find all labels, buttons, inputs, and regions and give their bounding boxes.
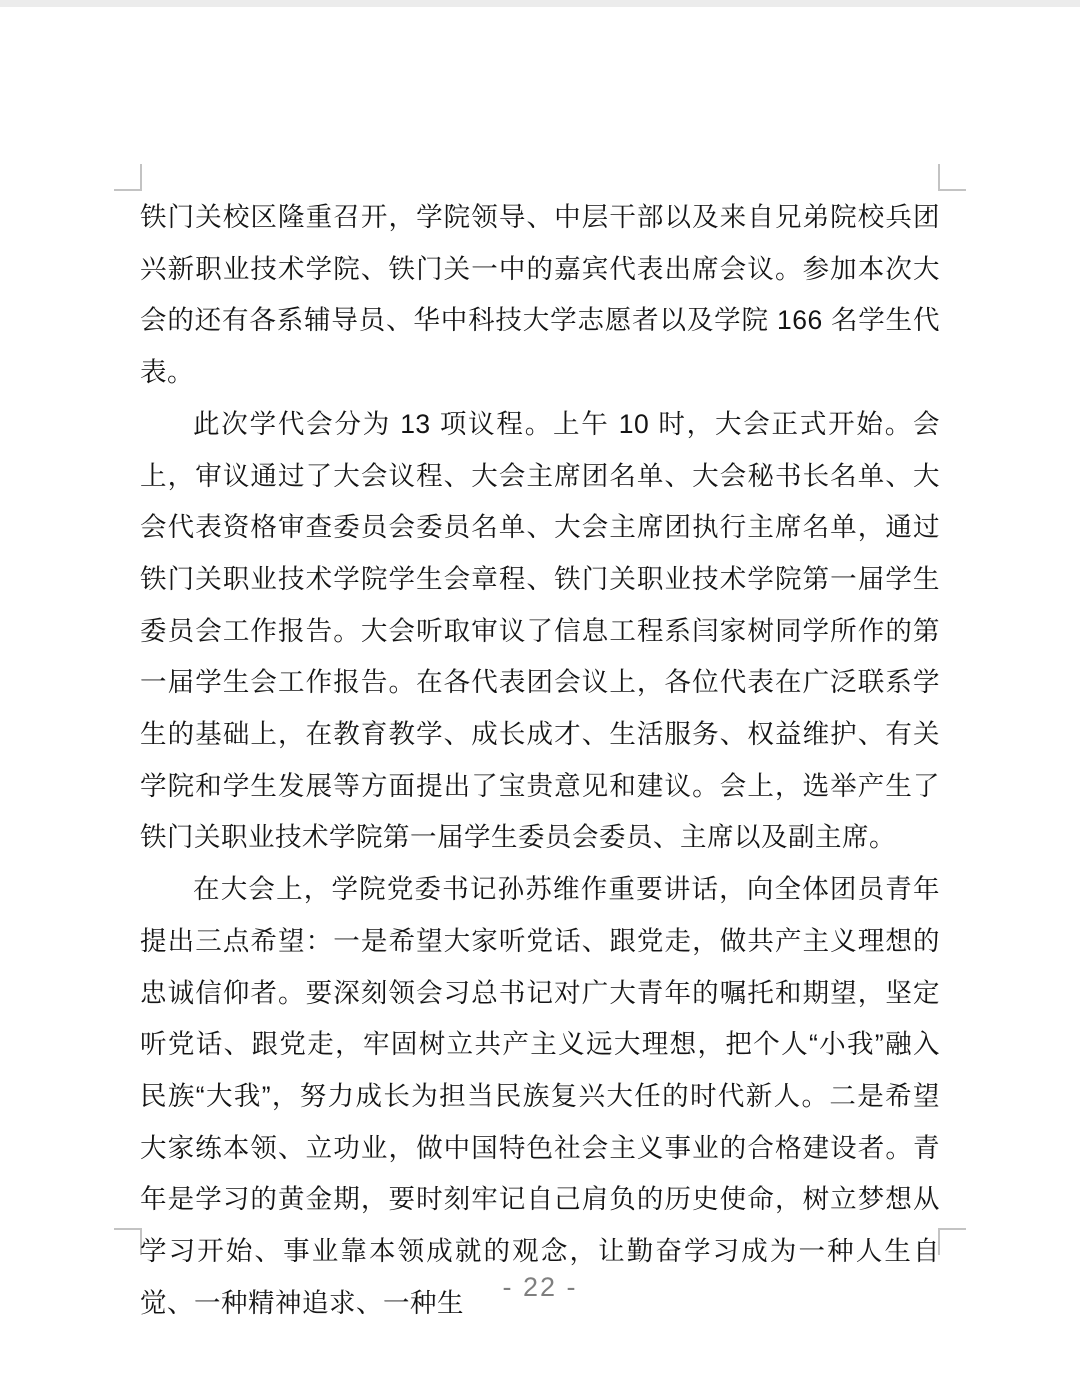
- crop-mark-top-right: [938, 164, 966, 191]
- paragraph-agenda: 此次学代会分为 13 项议程。上午 10 时，大会正式开始。会上，审议通过了大会…: [140, 399, 940, 864]
- page-top-edge-band: [0, 0, 1080, 7]
- crop-mark-bottom-right: [938, 1228, 966, 1255]
- document-text-area: 铁门关校区隆重召开，学院领导、中层干部以及来自兄弟院校兵团兴新职业技术学院、铁门…: [140, 192, 940, 1329]
- paragraph-continuation: 铁门关校区隆重召开，学院领导、中层干部以及来自兄弟院校兵团兴新职业技术学院、铁门…: [140, 192, 940, 399]
- paragraph-speech: 在大会上，学院党委书记孙苏维作重要讲话，向全体团员青年提出三点希望：一是希望大家…: [140, 864, 940, 1329]
- crop-mark-bottom-left: [114, 1228, 142, 1255]
- page-number: - 22 -: [0, 1272, 1080, 1303]
- crop-mark-top-left: [114, 164, 142, 191]
